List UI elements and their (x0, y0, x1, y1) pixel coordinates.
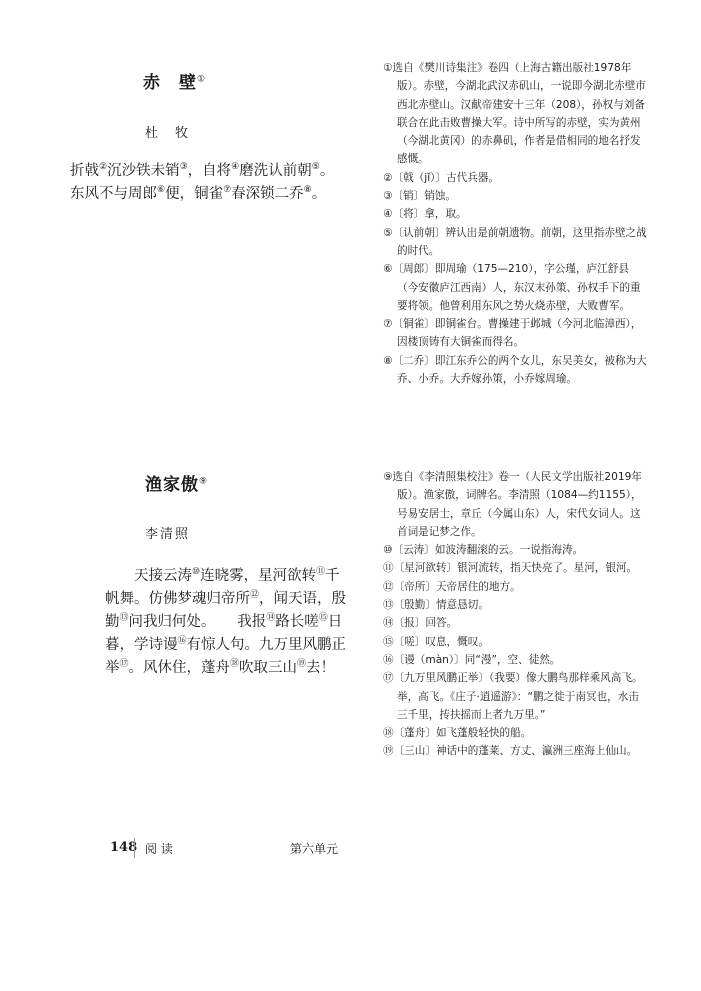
footnote-item: ⑪〔星河欲转〕银河流转，指天快亮了。星河，银河。 (383, 559, 648, 577)
footnote-marker: ⑦ (223, 185, 231, 195)
footnote-item: ⑯〔谩（màn）〕同“漫”，空、徒然。 (383, 651, 648, 669)
poem-line: 东风不与周郎⑥便，铜雀⑦春深锁二乔⑧。 (70, 183, 334, 206)
footnote-marker: ⑱ (230, 659, 239, 669)
footnote-item: ③〔销〕销蚀。 (383, 187, 648, 205)
footnotes-chibi: ①选自《樊川诗集注》卷四（上海古籍出版社1978年版）。赤壁，今湖北武汉赤矶山，… (383, 59, 648, 388)
poem-body-chibi: 折戟②沉沙铁未销③，自将④磨洗认前朝⑤。东风不与周郎⑥便，铜雀⑦春深锁二乔⑧。 (70, 160, 334, 206)
footnote-marker: ⑰ (120, 659, 129, 669)
footnote-marker: ⑨ (199, 476, 208, 486)
poem-body-yujiaao: 天接云涛⑩连晓雾，星河欲转⑪千帆舞。仿佛梦魂归帝所⑫，闻天语，殷勤⑬问我归何处。… (105, 565, 346, 680)
footnote-marker: ② (99, 162, 107, 172)
footnote-item: ⑦〔铜雀〕即铜雀台。曹操建于邺城（今河北临漳西），因楼顶铸有大铜雀而得名。 (383, 315, 648, 352)
poem-line: 举⑰。风休住，蓬舟⑱吹取三山⑲去！ (105, 657, 346, 680)
footnote-marker: ⑤ (312, 162, 320, 172)
poem-author-liqingzhao: 李清照 (145, 523, 190, 542)
poem-title-text: 渔家傲 (145, 475, 199, 495)
footnote-marker: ⑫ (250, 590, 259, 600)
footnote-marker: ① (197, 74, 206, 84)
section-label: 阅 读 (145, 840, 173, 857)
footnotes-yujiaao: ⑨选自《李清照集校注》卷一（人民文学出版社2019年版）。渔家傲，词牌名。李清照… (383, 468, 648, 761)
footnote-item: ⑨选自《李清照集校注》卷一（人民文学出版社2019年版）。渔家傲，词牌名。李清照… (383, 468, 648, 541)
footnote-item: ①选自《樊川诗集注》卷四（上海古籍出版社1978年版）。赤壁，今湖北武汉赤矶山，… (383, 59, 648, 169)
poem-line: 勤⑬问我归何处。 我报⑭路长嗟⑮日 (105, 611, 346, 634)
footnote-marker: ⑬ (120, 613, 129, 623)
unit-label: 第六单元 (290, 840, 338, 857)
footnote-item: ⑧〔二乔〕即江东乔公的两个女儿，东吴美女，被称为大乔、小乔。大乔嫁孙策，小乔嫁周… (383, 352, 648, 389)
footnote-marker: ⑲ (297, 659, 306, 669)
footnote-item: ⑫〔帝所〕天帝居住的地方。 (383, 578, 648, 596)
footnote-item: ⑱〔蓬舟〕如飞蓬般轻快的船。 (383, 724, 648, 742)
footnote-marker: ⑥ (157, 185, 165, 195)
footnote-marker: ⑮ (319, 613, 328, 623)
poem-author-dumu: 杜 牧 (145, 122, 190, 141)
footnote-item: ⑭〔报〕回答。 (383, 614, 648, 632)
poem-title-chibi: 赤 壁① (143, 68, 206, 93)
footnote-item: ⑮〔嗟〕叹息，慨叹。 (383, 633, 648, 651)
poem-line: 帆舞。仿佛梦魂归帝所⑫，闻天语，殷 (105, 588, 346, 611)
footnote-marker: ⑪ (316, 567, 325, 577)
poem-title-yujiaao: 渔家傲⑨ (145, 470, 208, 495)
footnote-item: ②〔戟（jǐ）〕古代兵器。 (383, 169, 648, 187)
footnote-marker: ⑭ (266, 613, 275, 623)
footnote-item: ⑤〔认前朝〕辨认出是前朝遗物。前朝，这里指赤壁之战的时代。 (383, 224, 648, 261)
poem-title-text: 赤 壁 (143, 73, 197, 93)
footnote-item: ⑲〔三山〕神话中的蓬莱、方丈、瀛洲三座海上仙山。 (383, 742, 648, 760)
footnote-item: ④〔将〕拿，取。 (383, 205, 648, 223)
footer-divider (134, 838, 135, 858)
poem-line: 天接云涛⑩连晓雾，星河欲转⑪千 (105, 565, 346, 588)
footnote-item: ⑰〔九万里风鹏正举〕（我要）像大鹏鸟那样乘风高飞。举，高飞。《庄子·逍遥游》：“… (383, 669, 648, 724)
footnote-marker: ③ (180, 162, 188, 172)
footnote-item: ⑥〔周郎〕即周瑜（175—210），字公瑾，庐江舒县（今安徽庐江西南）人，东汉末… (383, 260, 648, 315)
footnote-item: ⑩〔云涛〕如波涛翻滚的云。一说指海涛。 (383, 541, 648, 559)
footnote-marker: ⑩ (192, 567, 200, 577)
footnote-item: ⑬〔殷勤〕情意恳切。 (383, 596, 648, 614)
poem-line: 暮，学诗谩⑯有惊人句。九万里风鹏正 (105, 634, 346, 657)
footnote-marker: ⑯ (178, 636, 187, 646)
footnote-marker: ⑧ (304, 185, 312, 195)
poem-line: 折戟②沉沙铁未销③，自将④磨洗认前朝⑤。 (70, 160, 334, 183)
